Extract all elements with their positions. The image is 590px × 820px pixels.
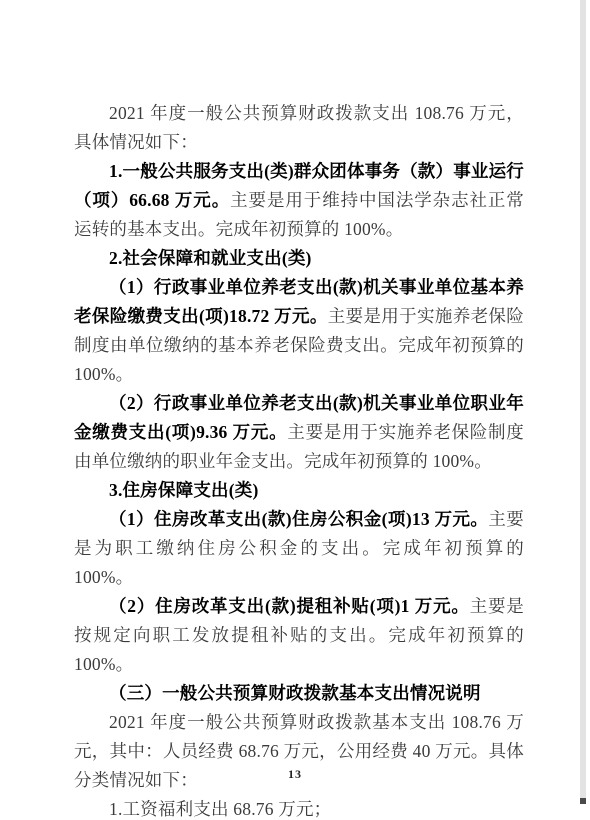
- paragraph-pension-annuity: （2）行政事业单位养老支出(款)机关事业单位职业年金缴费支出(项)9.36 万元…: [74, 389, 524, 476]
- paragraph-intro: 2021 年度一般公共预算财政拨款支出 108.76 万元，具体情况如下：: [74, 99, 524, 157]
- paragraph-housing-fund: （1）住房改革支出(款)住房公积金(项)13 万元。主要是为职工缴纳住房公积金的…: [74, 505, 524, 592]
- scrollbar-thumb[interactable]: [580, 798, 586, 804]
- paragraph-social-security-heading: 2.社会保障和就业支出(类): [74, 244, 524, 273]
- scrollbar-track[interactable]: [580, 0, 586, 803]
- paragraph-heading-text: （1）住房改革支出(款)住房公积金(项)13 万元。: [109, 509, 488, 529]
- section-heading-basic-expenditure: （三）一般公共预算财政拨款基本支出情况说明: [74, 679, 524, 708]
- paragraph-wage-welfare: 1.工资福利支出 68.76 万元；: [74, 795, 524, 820]
- paragraph-text: 1.工资福利支出 68.76 万元；: [109, 799, 331, 819]
- section-heading-text: （三）一般公共预算财政拨款基本支出情况说明: [109, 683, 481, 703]
- page-number: 13: [0, 767, 590, 782]
- paragraph-text: 2021 年度一般公共预算财政拨款支出 108.76 万元，具体情况如下：: [74, 103, 524, 152]
- paragraph-rent-subsidy: （2）住房改革支出(款)提租补贴(项)1 万元。主要是按规定向职工发放提租补贴的…: [74, 592, 524, 679]
- paragraph-heading-text: （2）住房改革支出(款)提租补贴(项)1 万元。: [109, 596, 470, 616]
- paragraph-general-public-service: 1.一般公共服务支出(类)群众团体事务（款）事业运行（项）66.68 万元。主要…: [74, 157, 524, 244]
- document-page: 2021 年度一般公共预算财政拨款支出 108.76 万元，具体情况如下： 1.…: [0, 0, 590, 820]
- paragraph-pension-basic: （1）行政事业单位养老支出(款)机关事业单位基本养老保险缴费支出(项)18.72…: [74, 273, 524, 389]
- paragraph-heading-text: 2.社会保障和就业支出(类): [109, 248, 312, 268]
- paragraph-housing-heading: 3.住房保障支出(类): [74, 476, 524, 505]
- document-body: 2021 年度一般公共预算财政拨款支出 108.76 万元，具体情况如下： 1.…: [74, 99, 524, 820]
- paragraph-heading-text: 3.住房保障支出(类): [109, 480, 258, 500]
